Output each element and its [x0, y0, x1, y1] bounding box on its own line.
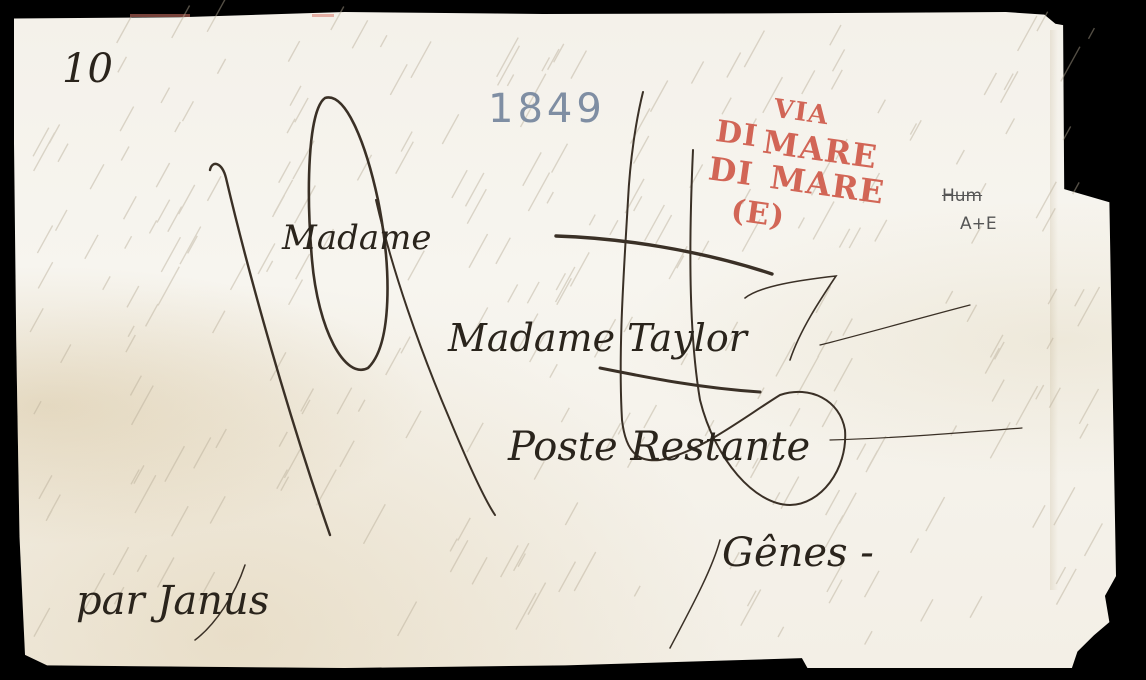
- address-line-2: Madame Taylor: [448, 316, 747, 360]
- strike-bar-2: [600, 368, 760, 392]
- routing-instruction: par Janus: [76, 578, 269, 624]
- taylor-flourish: [745, 276, 836, 360]
- via-di-mare-handstamp: VIA DI MARE DI MARE (E): [689, 85, 910, 276]
- handstamp-line: DI: [706, 149, 756, 193]
- address-line-3: Poste Restante: [508, 424, 810, 470]
- genes-descender: [670, 540, 720, 648]
- address-line-1: Madame: [282, 218, 431, 258]
- taylor-tail: [820, 305, 970, 345]
- rate-mark-top-left: 10: [62, 46, 113, 92]
- pencil-scribble: Hum: [942, 186, 982, 206]
- year-docket: 1849: [488, 86, 606, 132]
- address-line-4: Gênes -: [722, 530, 874, 576]
- handstamp-line: DI: [714, 114, 761, 155]
- poste-underline: [830, 428, 1022, 440]
- handstamp-line: (E): [729, 193, 788, 235]
- pencil-initials: A+E: [960, 214, 997, 234]
